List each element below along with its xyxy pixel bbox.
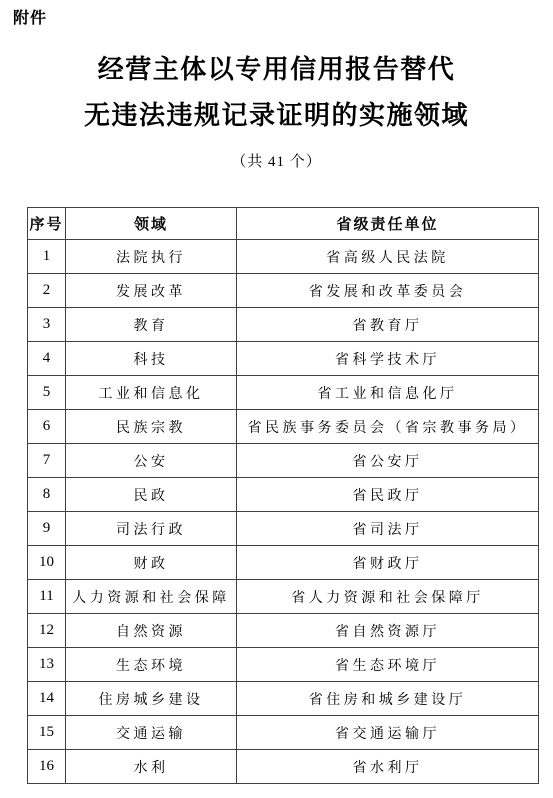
implementation-areas-table: 序号 领域 省级责任单位 1法院执行省高级人民法院2发展改革省发展和改革委员会3… — [27, 207, 539, 784]
table-row: 1法院执行省高级人民法院 — [28, 240, 539, 274]
cell-responsible-unit: 省自然资源厅 — [237, 614, 539, 648]
cell-field: 生态环境 — [66, 648, 237, 682]
cell-serial-number: 14 — [28, 682, 66, 716]
cell-field: 教育 — [66, 308, 237, 342]
document-title: 经营主体以专用信用报告替代 无违法违规记录证明的实施领域 — [0, 47, 553, 139]
cell-responsible-unit: 省教育厅 — [237, 308, 539, 342]
cell-serial-number: 2 — [28, 274, 66, 308]
cell-field: 人力资源和社会保障 — [66, 580, 237, 614]
table-row: 12自然资源省自然资源厅 — [28, 614, 539, 648]
cell-responsible-unit: 省生态环境厅 — [237, 648, 539, 682]
cell-serial-number: 7 — [28, 444, 66, 478]
cell-responsible-unit: 省科学技术厅 — [237, 342, 539, 376]
title-line-2: 无违法违规记录证明的实施领域 — [0, 93, 553, 139]
attachment-label: 附件 — [0, 0, 553, 28]
table-row: 7公安省公安厅 — [28, 444, 539, 478]
cell-responsible-unit: 省民族事务委员会（省宗教事务局） — [237, 410, 539, 444]
cell-field: 交通运输 — [66, 716, 237, 750]
table-row: 2发展改革省发展和改革委员会 — [28, 274, 539, 308]
table-row: 16水利省水利厅 — [28, 750, 539, 784]
header-field: 领域 — [66, 208, 237, 240]
table-row: 9司法行政省司法厅 — [28, 512, 539, 546]
cell-field: 自然资源 — [66, 614, 237, 648]
title-line-1: 经营主体以专用信用报告替代 — [0, 47, 553, 93]
cell-field: 司法行政 — [66, 512, 237, 546]
cell-serial-number: 12 — [28, 614, 66, 648]
cell-field: 民族宗教 — [66, 410, 237, 444]
cell-serial-number: 11 — [28, 580, 66, 614]
cell-responsible-unit: 省住房和城乡建设厅 — [237, 682, 539, 716]
cell-responsible-unit: 省民政厅 — [237, 478, 539, 512]
table-header-row: 序号 领域 省级责任单位 — [28, 208, 539, 240]
cell-serial-number: 9 — [28, 512, 66, 546]
cell-responsible-unit: 省高级人民法院 — [237, 240, 539, 274]
cell-serial-number: 4 — [28, 342, 66, 376]
cell-field: 民政 — [66, 478, 237, 512]
table-row: 14住房城乡建设省住房和城乡建设厅 — [28, 682, 539, 716]
header-serial-number: 序号 — [28, 208, 66, 240]
table-row: 3教育省教育厅 — [28, 308, 539, 342]
cell-serial-number: 15 — [28, 716, 66, 750]
cell-serial-number: 3 — [28, 308, 66, 342]
cell-field: 发展改革 — [66, 274, 237, 308]
cell-field: 住房城乡建设 — [66, 682, 237, 716]
cell-responsible-unit: 省工业和信息化厅 — [237, 376, 539, 410]
cell-serial-number: 10 — [28, 546, 66, 580]
cell-serial-number: 6 — [28, 410, 66, 444]
cell-responsible-unit: 省公安厅 — [237, 444, 539, 478]
cell-serial-number: 8 — [28, 478, 66, 512]
cell-responsible-unit: 省人力资源和社会保障厅 — [237, 580, 539, 614]
cell-responsible-unit: 省水利厅 — [237, 750, 539, 784]
table-row: 4科技省科学技术厅 — [28, 342, 539, 376]
cell-serial-number: 5 — [28, 376, 66, 410]
cell-field: 法院执行 — [66, 240, 237, 274]
cell-field: 科技 — [66, 342, 237, 376]
cell-serial-number: 1 — [28, 240, 66, 274]
table-row: 10财政省财政厅 — [28, 546, 539, 580]
cell-serial-number: 13 — [28, 648, 66, 682]
table-row: 11人力资源和社会保障省人力资源和社会保障厅 — [28, 580, 539, 614]
table-row: 8民政省民政厅 — [28, 478, 539, 512]
cell-field: 水利 — [66, 750, 237, 784]
table-row: 6民族宗教省民族事务委员会（省宗教事务局） — [28, 410, 539, 444]
header-responsible-unit: 省级责任单位 — [237, 208, 539, 240]
cell-responsible-unit: 省发展和改革委员会 — [237, 274, 539, 308]
cell-serial-number: 16 — [28, 750, 66, 784]
document-page: 附件 经营主体以专用信用报告替代 无违法违规记录证明的实施领域 （共 41 个）… — [0, 0, 553, 784]
document-subtitle: （共 41 个） — [0, 152, 553, 172]
table-row: 5工业和信息化省工业和信息化厅 — [28, 376, 539, 410]
cell-responsible-unit: 省交通运输厅 — [237, 716, 539, 750]
table-row: 15交通运输省交通运输厅 — [28, 716, 539, 750]
table-row: 13生态环境省生态环境厅 — [28, 648, 539, 682]
cell-field: 公安 — [66, 444, 237, 478]
cell-responsible-unit: 省财政厅 — [237, 546, 539, 580]
cell-field: 财政 — [66, 546, 237, 580]
cell-responsible-unit: 省司法厅 — [237, 512, 539, 546]
cell-field: 工业和信息化 — [66, 376, 237, 410]
